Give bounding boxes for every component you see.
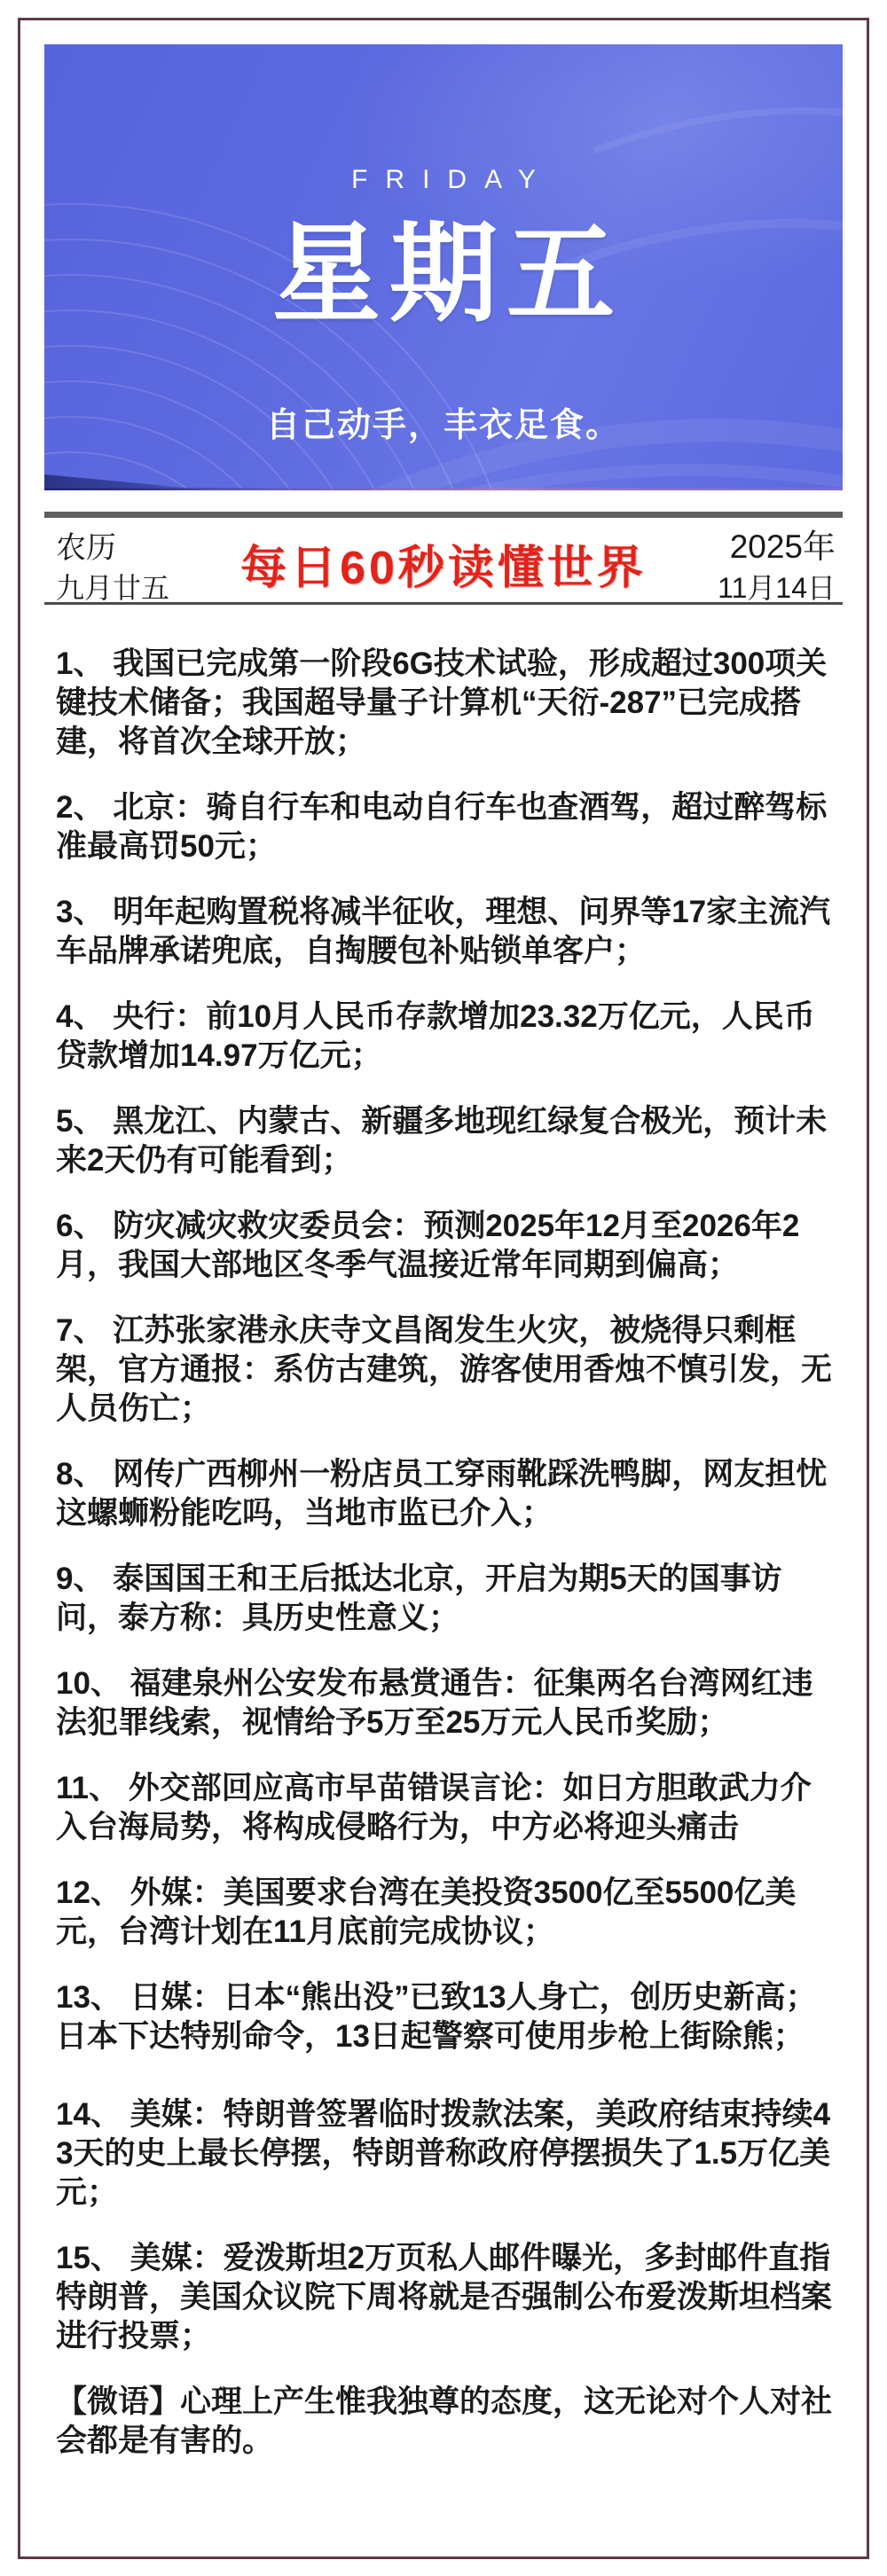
news-item: 3、 明年起购置税将减半征收，理想、问界等17家主流汽车品牌承诺兜底，自掏腰包补… [56, 893, 840, 971]
banner-slogan: 自己动手，丰衣足食。 [44, 397, 843, 446]
news-item: 9、 泰国国王和王后抵达北京，开启为期5天的国事访问，泰方称：具历史性意义； [56, 1560, 840, 1638]
weiyu-quote: 【微语】心理上产生惟我独尊的态度，这无论对个人对社会都是有害的。 [56, 2383, 840, 2461]
news-item: 13、 日媒：日本“熊出没”已致13人身亡，创历史新高；日本下达特别命令，13日… [56, 1978, 840, 2056]
news-item: 2、 北京：骑自行车和电动自行车也查酒驾，超过醉驾标准最高罚50元； [56, 788, 840, 866]
news-item: 11、 外交部回应高市早苗错误言论：如日方胆敢武力介入台海局势，将构成侵略行为，… [56, 1769, 840, 1847]
news-item: 6、 防灾减灾救灾委员会：预测2025年12月至2026年2月，我国大部地区冬季… [56, 1207, 840, 1285]
banner-bottom-tint [44, 488, 843, 490]
news-item: 7、 江苏张家港永庆寺文昌阁发生火灾，被烧得只剩框架，官方通报：系仿古建筑，游客… [56, 1311, 840, 1429]
news-item: 12、 外媒：美国要求台湾在美投资3500亿至5500亿美元，台湾计划在11月底… [56, 1874, 840, 1952]
weekday-english-label: FRIDAY [44, 165, 843, 195]
news-item: 8、 网传广西柳州一粉店员工穿雨靴踩洗鸭脚，网友担忧这螺蛳粉能吃吗，当地市监已介… [56, 1455, 840, 1533]
news-item: 4、 央行：前10月人民币存款增加23.32万亿元，人民币贷款增加14.97万亿… [56, 998, 840, 1076]
weekday-chinese-title: 星期五 [44, 209, 843, 339]
news-content: 1、 我国已完成第一阶段6G技术试验，形成超过300项关键技术储备；我国超导量子… [56, 645, 840, 2487]
news-item: 5、 黑龙江、内蒙古、新疆多地现红绿复合极光，预计未来2天仍有可能看到； [56, 1102, 840, 1180]
news-item: 1、 我国已完成第一阶段6G技术试验，形成超过300项关键技术储备；我国超导量子… [56, 645, 840, 762]
news-item: 14、 美媒：特朗普签署临时拨款法案，美政府结束持续43天的史上最长停摆，特朗普… [56, 2095, 840, 2212]
date-bar: 农历 九月廿五 每日60秒读懂世界 2025年 11月14日 [44, 518, 843, 602]
news-item: 15、 美媒：爱泼斯坦2万页私人邮件曝光，多封邮件直指特朗普，美国众议院下周将就… [56, 2239, 840, 2356]
gregorian-year: 2025年 [730, 520, 836, 568]
divider-thick [44, 512, 843, 518]
weekday-banner: FRIDAY 星期五 自己动手，丰衣足食。 [44, 44, 843, 490]
news-item: 10、 福建泉州公安发布悬赏通告：征集两名台湾网红违法犯罪线索，视情给予5万至2… [56, 1664, 840, 1742]
gregorian-date: 11月14日 [718, 566, 836, 607]
news-list: 1、 我国已完成第一阶段6G技术试验，形成超过300项关键技术储备；我国超导量子… [56, 645, 840, 2356]
divider-thin [44, 602, 843, 605]
